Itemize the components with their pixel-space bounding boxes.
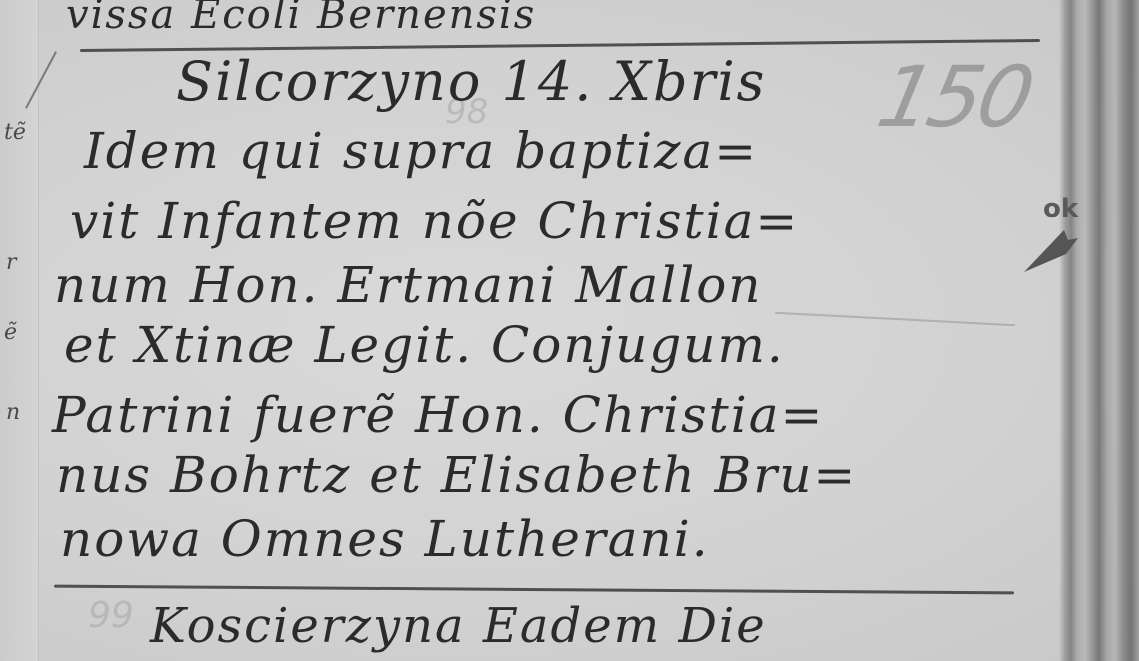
left-margin: tẽ r ẽ n: [0, 0, 39, 661]
folio-number: 150: [870, 48, 1039, 146]
entry-separator-bottom: [54, 585, 1014, 595]
annotation-ok-label: ok: [1043, 194, 1078, 224]
pencil-stroke: [775, 312, 1015, 327]
margin-fragment: r: [6, 250, 17, 275]
entry-line: Idem qui supra baptiza=: [84, 122, 758, 180]
entry-line: Patrini fuerẽ Hon. Christia=: [52, 386, 824, 444]
entry-line: et Xtinæ Legit. Conjugum.: [64, 316, 785, 374]
margin-fragment: ẽ: [4, 320, 17, 345]
arrow-pointer-icon: [1020, 226, 1080, 276]
previous-entry-tail: vissa Ecoli Bernensis: [66, 0, 536, 38]
faint-pencil-number-bottom: 99: [88, 595, 134, 636]
next-entry-heading: Koscierzyna Eadem Die: [150, 598, 767, 654]
book-binding-gutter: [1059, 0, 1139, 661]
entry-line: nus Bohrtz et Elisabeth Bru=: [56, 446, 857, 504]
entry-heading: Silcorzyno 14. Xbris: [176, 50, 766, 113]
entry-line: num Hon. Ertmani Mallon: [54, 256, 763, 314]
margin-fragment: tẽ: [4, 120, 26, 145]
margin-fragment: n: [6, 400, 20, 425]
scanned-document-page: tẽ r ẽ n vissa Ecoli Bernensis 150 98 99…: [0, 0, 1139, 661]
entry-line: vit Infantem nõe Christia=: [70, 192, 799, 250]
entry-line: nowa Omnes Lutherani.: [60, 510, 710, 568]
